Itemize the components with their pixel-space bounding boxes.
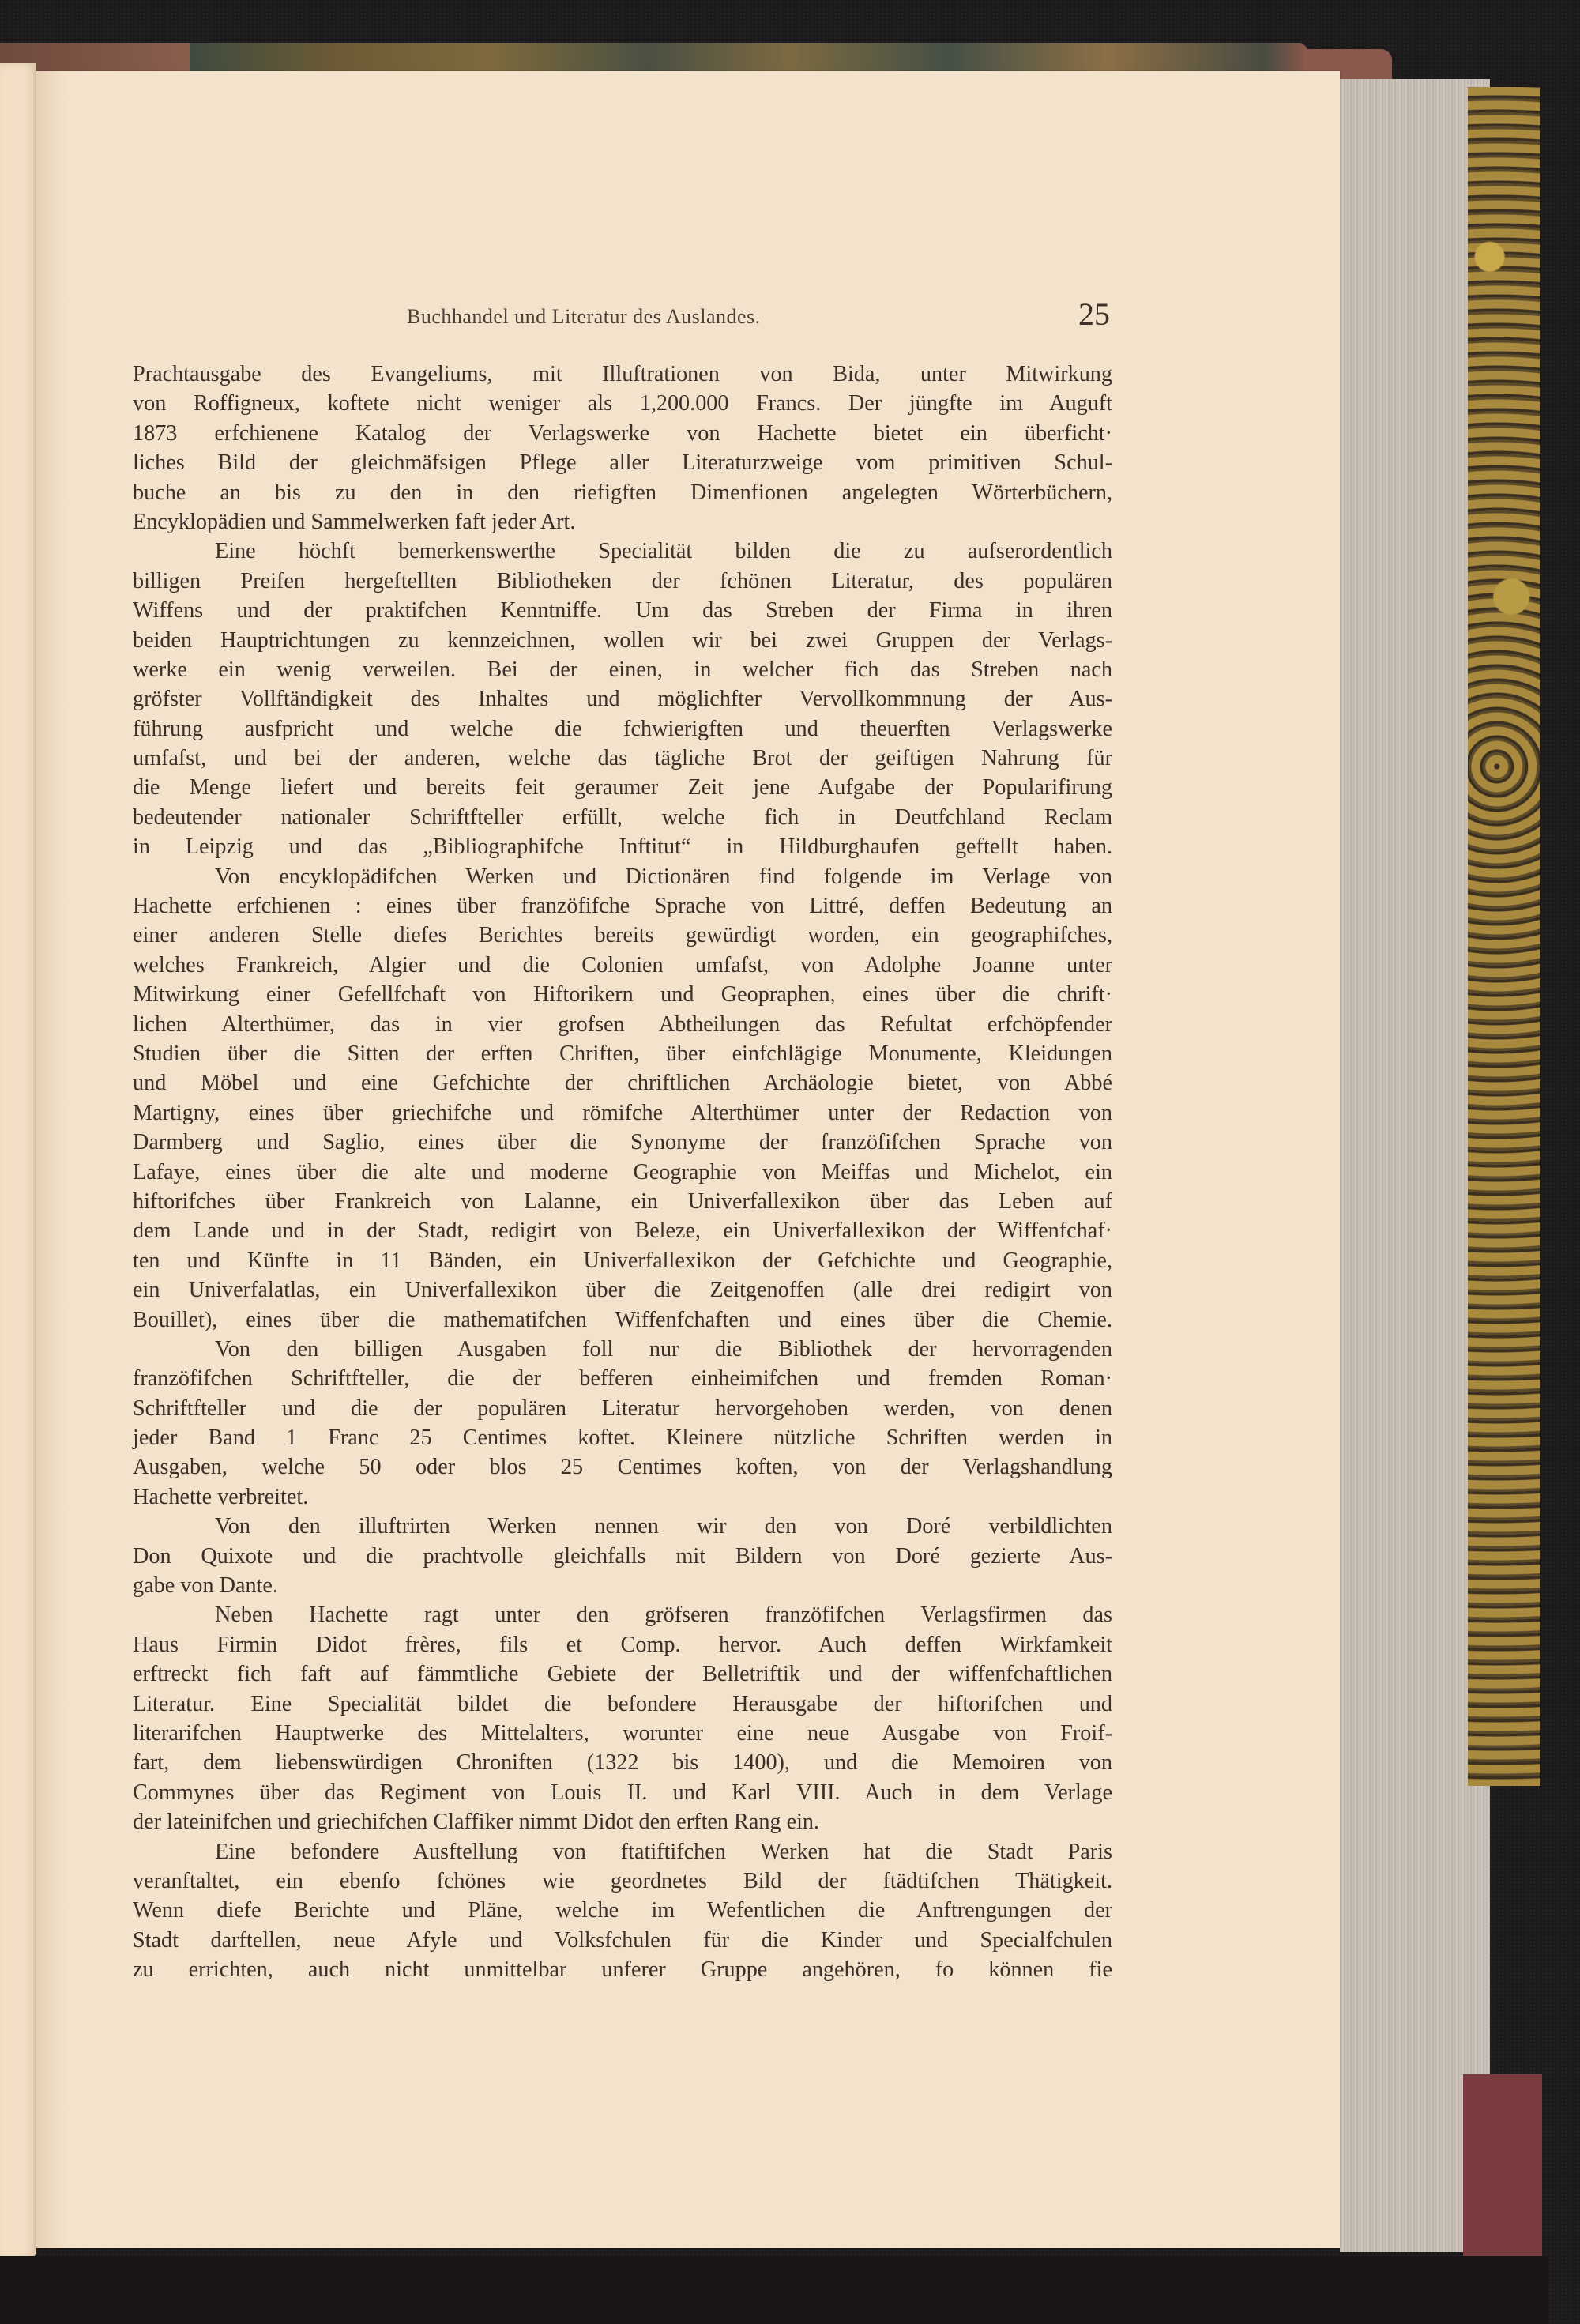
text-line: Darmberg und Saglio, eines über die Syno…: [133, 1128, 1112, 1157]
text-line: welches Frankreich, Algier und die Colon…: [133, 951, 1112, 980]
text-line: ein Univerfalatlas, ein Univerfallexikon…: [133, 1275, 1112, 1305]
text-line: der lateinifchen und griechifchen Claffi…: [133, 1807, 1112, 1836]
text-line: erftreckt fich faft auf fämmtliche Gebie…: [133, 1659, 1112, 1689]
scanned-book-spread: Buchhandel und Literatur des Auslandes. …: [0, 0, 1580, 2324]
text-line: von Roffigneux, koftete nicht weniger al…: [133, 389, 1112, 418]
text-line: Mitwirkung einer Gefellfchaft von Hiftor…: [133, 980, 1112, 1009]
text-line: buche an bis zu den in den riefigften Di…: [133, 478, 1112, 507]
text-line: umfafst, und bei der anderen, welche das…: [133, 744, 1112, 773]
text-line: Wiffens und der praktifchen Kenntniffe. …: [133, 596, 1112, 625]
text-line: Eine befondere Ausftellung von ftatiftif…: [133, 1837, 1112, 1866]
text-line: einer anderen Stelle diefes Berichtes be…: [133, 921, 1112, 950]
text-line: Don Quixote und die prachtvolle gleichfa…: [133, 1542, 1112, 1571]
text-line: Lafaye, eines über die alte und moderne …: [133, 1158, 1112, 1187]
text-line: lichen Alterthümer, das in vier grofsen …: [133, 1010, 1112, 1039]
page-header: Buchhandel und Literatur des Auslandes. …: [407, 300, 1110, 340]
text-line: literarifchen Hauptwerke des Mittelalter…: [133, 1719, 1112, 1748]
text-line: die Menge liefert und bereits feit gerau…: [133, 773, 1112, 802]
text-line: Haus Firmin Didot frères, fils et Comp. …: [133, 1630, 1112, 1659]
text-line: fart, dem liebenswürdigen Chroniften (13…: [133, 1748, 1112, 1777]
text-line: Commynes über das Regiment von Louis II.…: [133, 1778, 1112, 1807]
text-line: Von den billigen Ausgaben foll nur die B…: [133, 1335, 1112, 1364]
text-line: Literatur. Eine Specialität bildet die b…: [133, 1689, 1112, 1719]
text-line: Martigny, eines über griechifche und röm…: [133, 1098, 1112, 1128]
text-line: Eine höchft bemerkenswerthe Specialität …: [133, 537, 1112, 566]
text-line: gabe von Dante.: [133, 1571, 1112, 1600]
text-line: Prachtausgabe des Evangeliums, mit Illuf…: [133, 360, 1112, 389]
text-line: Neben Hachette ragt unter den gröfseren …: [133, 1600, 1112, 1629]
text-line: bedeutender nationaler Schriftfteller er…: [133, 803, 1112, 832]
text-line: dem Lande und in der Stadt, redigirt von…: [133, 1216, 1112, 1245]
text-line: werke ein wenig verweilen. Bei der einen…: [133, 655, 1112, 684]
text-line: Hachette verbreitet.: [133, 1482, 1112, 1512]
running-head: Buchhandel und Literatur des Auslandes.: [407, 305, 761, 329]
text-line: 1873 erfchienene Katalog der Verlagswerk…: [133, 419, 1112, 448]
previous-page-edge: [0, 63, 36, 2260]
text-line: Ausgaben, welche 50 oder blos 25 Centime…: [133, 1452, 1112, 1482]
text-line: Stadt darftellen, neue Afyle und Volksfc…: [133, 1926, 1112, 1955]
text-line: jeder Band 1 Franc 25 Centimes koftet. K…: [133, 1423, 1112, 1452]
text-line: Bouillet), eines über die mathematifchen…: [133, 1305, 1112, 1335]
text-line: ten und Künfte in 11 Bänden, ein Univerf…: [133, 1246, 1112, 1275]
text-line: führung ausfpricht und welche die fchwie…: [133, 714, 1112, 744]
text-line: Von encyklopädifchen Werken und Dictionä…: [133, 862, 1112, 891]
text-line: liches Bild der gleichmäfsigen Pflege al…: [133, 448, 1112, 477]
text-line: hiftorifches über Frankreich von Lalanne…: [133, 1187, 1112, 1216]
text-line: gröfster Vollftändigkeit des Inhaltes un…: [133, 684, 1112, 714]
text-line: in Leipzig und das „Bibliographifche Inf…: [133, 832, 1112, 861]
text-line: Studien über die Sitten der erften Chrif…: [133, 1039, 1112, 1068]
text-line: veranftaltet, ein ebenfo fchönes wie geo…: [133, 1866, 1112, 1896]
text-line: beiden Hauptrichtungen zu kennzeichnen, …: [133, 626, 1112, 655]
text-line: Wenn diefe Berichte und Pläne, welche im…: [133, 1896, 1112, 1925]
text-line: Schriftfteller und die der populären Lit…: [133, 1394, 1112, 1423]
text-line: zu errichten, auch nicht unmittelbar unf…: [133, 1955, 1112, 1984]
text-line: Encyklopädien und Sammelwerken faft jede…: [133, 507, 1112, 537]
leather-cover-corner: [1463, 2074, 1542, 2280]
text-line: Hachette erfchienen : eines über franzöf…: [133, 891, 1112, 921]
text-line: und Möbel und eine Gefchichte der chrift…: [133, 1068, 1112, 1098]
body-text: Prachtausgabe des Evangeliums, mit Illuf…: [133, 360, 1112, 1984]
text-line: franzöfifchen Schriftfteller, die der be…: [133, 1364, 1112, 1393]
page-number: 25: [1078, 296, 1110, 333]
text-line: Von den illuftrirten Werken nennen wir d…: [133, 1512, 1112, 1541]
text-line: billigen Preifen hergeftellten Bibliothe…: [133, 567, 1112, 596]
background-surface: [0, 2256, 1548, 2324]
marbled-cover-board: [1468, 87, 1540, 1786]
